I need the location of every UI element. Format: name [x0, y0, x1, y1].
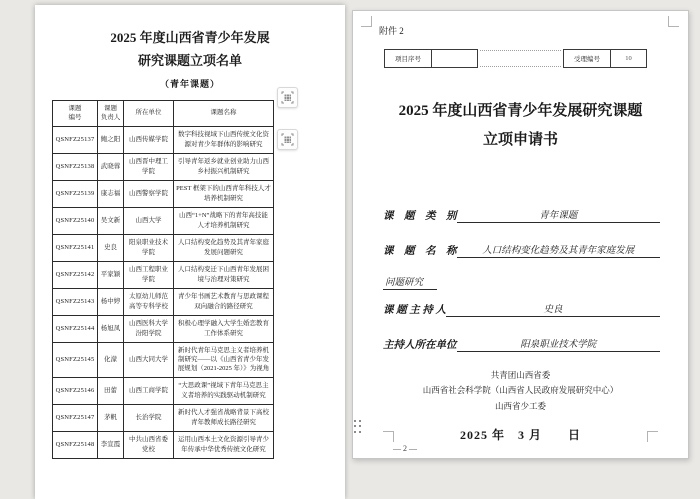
cell-project-id: QSNFZ25138 — [53, 153, 98, 180]
project-serial-value[interactable] — [432, 49, 478, 68]
margin-crop-mark — [361, 16, 372, 27]
cell-leader: 李宣霞 — [98, 431, 124, 458]
form-title: 2025 年度山西省青少年发展研究课题 立项申请书 — [353, 97, 688, 154]
attachment-label: 附件 2 — [379, 24, 404, 37]
field-leader-value[interactable]: 史良 — [446, 301, 660, 317]
cell-unit: 山西传媒学院 — [124, 126, 174, 153]
field-category: 课 题 类 别 青年课题 — [383, 207, 660, 223]
cell-project-id: QSNFZ25144 — [53, 315, 98, 342]
field-category-value[interactable]: 青年课题 — [457, 207, 661, 223]
field-project-name-label: 课 题 名 称 — [383, 243, 457, 258]
left-title-line1: 2025 年度山西省青少年发展 — [35, 27, 345, 50]
field-project-name: 课 题 名 称 人口结构变化趋势及其青年家庭发展 — [383, 242, 660, 258]
cell-project-id: QSNFZ25146 — [53, 377, 98, 404]
cell-unit: 山西工程职业学院 — [124, 261, 174, 288]
cell-unit: 山西医科大学汾阳学院 — [124, 315, 174, 342]
left-page-subtitle: （青年课题） — [35, 77, 345, 90]
header-unit: 所在单位 — [124, 100, 174, 126]
cell-leader: 吴文新 — [98, 207, 124, 234]
org-line-3: 山西省少工委 — [353, 399, 688, 414]
field-category-label: 课 题 类 别 — [383, 208, 457, 223]
cell-project-title: 新时代青年马克思主义者培养机制研究——以《山西省青少年发展规划（2021-202… — [174, 342, 274, 377]
form-title-line1: 2025 年度山西省青少年发展研究课题 — [353, 97, 688, 126]
acceptance-number-label: 受理编号 — [563, 49, 611, 68]
cell-leader: 田蕾 — [98, 377, 124, 404]
table-row: QSNFZ25138 武晓蓉 山西晋中理工学院 引导青年返乡就业创业助力山西乡村… — [53, 153, 274, 180]
cell-project-title: 人口结构变迁下山西青年发展困境与治理对策研究 — [174, 261, 274, 288]
cell-leader: 平家颖 — [98, 261, 124, 288]
cell-project-title: PEST 框架下的山西青年科技人才培养机制研究 — [174, 180, 274, 207]
table-row: QSNFZ25137 鲍之阳 山西传媒学院 数字科技视域下山西传统文化资源对青少… — [53, 126, 274, 153]
cell-unit: 长治学院 — [124, 404, 174, 431]
table-row: QSNFZ25139 康志福 山西警察学院 PEST 框架下的山西青年科技人才培… — [53, 180, 274, 207]
dotted-spacer — [480, 50, 561, 67]
form-title-line2: 立项申请书 — [353, 126, 688, 155]
cell-project-title: 运用山西本土文化资源引导青少年传承中华优秀传统文化研究 — [174, 431, 274, 458]
cell-project-id: QSNFZ25143 — [53, 288, 98, 315]
cell-project-id: QSNFZ25137 — [53, 126, 98, 153]
cell-leader: 史良 — [98, 234, 124, 261]
cell-leader: 康志福 — [98, 180, 124, 207]
grid-stamp-icon[interactable] — [277, 87, 298, 108]
cell-project-id: QSNFZ25141 — [53, 234, 98, 261]
table-row: QSNFZ25144 杨旭凤 山西医科大学汾阳学院 积极心理学融入大学生婚恋教育… — [53, 315, 274, 342]
grid-glyph — [281, 133, 294, 146]
cell-project-id: QSNFZ25142 — [53, 261, 98, 288]
cell-leader: 杨旭凤 — [98, 315, 124, 342]
cell-leader: 武晓蓉 — [98, 153, 124, 180]
cell-unit: 中共山西省委党校 — [124, 431, 174, 458]
application-form-page: 附件 2 项目序号 受理编号 10 2025 年度山西省青少年发展研究课题 立项… — [352, 10, 689, 459]
issuing-organizations: 共青团山西省委 山西省社会科学院（山西省人民政府发展研究中心） 山西省少工委 — [353, 368, 688, 414]
cell-unit: 山西大学 — [124, 207, 174, 234]
cell-project-id: QSNFZ25139 — [53, 180, 98, 207]
field-unit-label: 主持人所在单位 — [383, 337, 457, 352]
left-page-title: 2025 年度山西省青少年发展 研究课题立项名单 — [35, 5, 345, 73]
cell-leader: 杨中婷 — [98, 288, 124, 315]
header-project-title: 课题名称 — [174, 100, 274, 126]
cell-leader: 茅帆 — [98, 404, 124, 431]
table-row: QSNFZ25148 李宣霞 中共山西省委党校 运用山西本土文化资源引导青少年传… — [53, 431, 274, 458]
table-row: QSNFZ25140 吴文新 山西大学 山西“1+N”战略下的青年高技能人才培养… — [53, 207, 274, 234]
cell-project-id: QSNFZ25148 — [53, 431, 98, 458]
header-project-id: 课题 编号 — [53, 100, 98, 126]
field-leader: 课 题 主 持 人 史良 — [383, 301, 660, 317]
cell-project-title: 引导青年返乡就业创业助力山西乡村振兴机制研究 — [174, 153, 274, 180]
page-number: — 2 — — [393, 444, 417, 453]
table-row: QSNFZ25141 史良 阳泉职业技术学院 人口结构变化趋势及其青年家庭发展问… — [53, 234, 274, 261]
org-line-2: 山西省社会科学院（山西省人民政府发展研究中心） — [353, 383, 688, 398]
project-table-body: QSNFZ25137 鲍之阳 山西传媒学院 数字科技视域下山西传统文化资源对青少… — [53, 126, 274, 458]
field-project-name-value[interactable]: 人口结构变化趋势及其青年家庭发展 — [457, 242, 661, 258]
left-title-line2: 研究课题立项名单 — [35, 50, 345, 73]
table-row: QSNFZ25145 化濛 山西大同大学 新时代青年马克思主义者培养机制研究——… — [53, 342, 274, 377]
cell-leader: 化濛 — [98, 342, 124, 377]
cell-project-id: QSNFZ25147 — [53, 404, 98, 431]
field-leader-label: 课 题 主 持 人 — [383, 302, 446, 317]
table-row: QSNFZ25143 杨中婷 太原幼儿师范高等专科学校 青少年书画艺术教育与思政… — [53, 288, 274, 315]
cell-unit: 山西警察学院 — [124, 180, 174, 207]
cell-leader: 鲍之阳 — [98, 126, 124, 153]
cell-project-title: 新时代人才强省战略背景下高校青年教师成长路径研究 — [174, 404, 274, 431]
cell-project-title: 山西“1+N”战略下的青年高技能人才培养机制研究 — [174, 207, 274, 234]
project-table: 课题 编号 课题 负责人 所在单位 课题名称 QSNFZ25137 鲍之阳 山西… — [52, 100, 274, 459]
cell-project-title: 数字科技视域下山西传统文化资源对青少年群体的影响研究 — [174, 126, 274, 153]
cell-unit: 山西大同大学 — [124, 342, 174, 377]
cell-project-id: QSNFZ25140 — [53, 207, 98, 234]
cell-project-title: “大思政课”视域下青年马克思主义者培养的实践驱动机制研究 — [174, 377, 274, 404]
cell-project-title: 青少年书画艺术教育与思政课程双向融合的路径研究 — [174, 288, 274, 315]
cell-unit: 山西晋中理工学院 — [124, 153, 174, 180]
cell-project-title: 积极心理学融入大学生婚恋教育工作体系研究 — [174, 315, 274, 342]
form-date: 2025 年 3 月 日 — [353, 426, 688, 443]
cell-unit: 阳泉职业技术学院 — [124, 234, 174, 261]
grid-glyph — [281, 91, 294, 104]
cell-unit: 太原幼儿师范高等专科学校 — [124, 288, 174, 315]
table-header-row: 课题 编号 课题 负责人 所在单位 课题名称 — [53, 100, 274, 126]
serial-number-row: 项目序号 受理编号 10 — [384, 49, 647, 68]
table-row: QSNFZ25147 茅帆 长治学院 新时代人才强省战略背景下高校青年教师成长路… — [53, 404, 274, 431]
drag-handle-dots[interactable] — [353, 419, 362, 434]
cell-project-id: QSNFZ25145 — [53, 342, 98, 377]
field-project-name-value-line2[interactable]: 问题研究 — [383, 274, 437, 290]
grid-stamp-icon[interactable] — [277, 129, 298, 150]
form-fields: 课 题 类 别 青年课题 课 题 名 称 人口结构变化趋势及其青年家庭发展 问题… — [383, 207, 660, 371]
acceptance-number-value[interactable]: 10 — [611, 49, 647, 68]
field-unit: 主持人所在单位 阳泉职业技术学院 — [383, 336, 660, 352]
approved-projects-page: 2025 年度山西省青少年发展 研究课题立项名单 （青年课题） 课题 编号 课题… — [35, 5, 345, 499]
margin-crop-mark — [668, 16, 679, 27]
header-leader: 课题 负责人 — [98, 100, 124, 126]
cell-project-title: 人口结构变化趋势及其青年家庭发展问题研究 — [174, 234, 274, 261]
field-unit-value[interactable]: 阳泉职业技术学院 — [457, 336, 661, 352]
cell-unit: 山西工商学院 — [124, 377, 174, 404]
table-row: QSNFZ25142 平家颖 山西工程职业学院 人口结构变迁下山西青年发展困境与… — [53, 261, 274, 288]
project-serial-label: 项目序号 — [384, 49, 432, 68]
org-line-1: 共青团山西省委 — [353, 368, 688, 383]
table-row: QSNFZ25146 田蕾 山西工商学院 “大思政课”视域下青年马克思主义者培养… — [53, 377, 274, 404]
